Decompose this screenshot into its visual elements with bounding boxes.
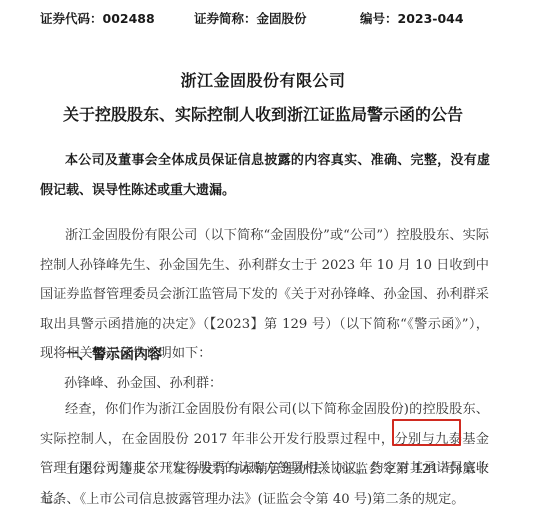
announcement-number: 编号：2023-044 (360, 9, 464, 27)
company-title: 浙江金固股份有限公司 (0, 68, 526, 91)
section-heading: 一、警示函内容 (64, 344, 162, 364)
document-header: 证券代码：002488 证券简称：金固股份 编号：2023-044 (40, 9, 520, 29)
security-code: 证券代码：002488 (40, 9, 155, 27)
security-name: 证券简称：金固股份 (194, 9, 307, 27)
violation-paragraph: 上述行为违反了《证券发行与承销管理办法》(证监会令第 121 号)第十七条、《上… (40, 455, 489, 514)
announcement-subtitle: 关于控股股东、实际控制人收到浙江证监局警示函的公告 (0, 102, 526, 125)
salutation: 孙锋峰、孙金国、孙利群： (64, 372, 222, 391)
announcement-page: 证券代码：002488 证券简称：金固股份 编号：2023-044 浙江金固股份… (0, 0, 554, 521)
board-statement: 本公司及董事会全体成员保证信息披露的内容真实、准确、完整，没有虚假记载、误导性陈… (40, 146, 490, 206)
